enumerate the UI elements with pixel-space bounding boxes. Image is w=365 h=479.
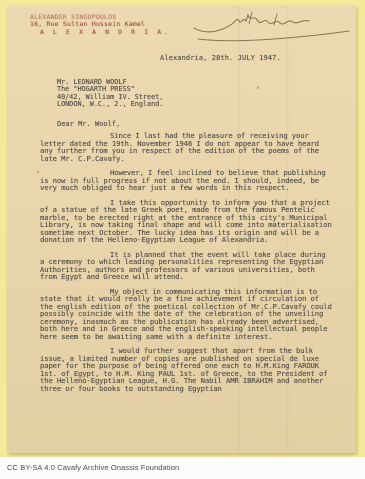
letter-paragraph: I take this opportunity to inform you th… xyxy=(40,199,332,244)
letter-body: Since I last had the pleasure of receivi… xyxy=(40,132,332,399)
license-caption-bar: CC BY-SA 4.0 Cavafy Archive Onassis Foun… xyxy=(0,457,365,479)
letter-paper: ALEXANDER SINGOPOULOS 16, Rue Sultan Hus… xyxy=(7,5,356,453)
paper-speck xyxy=(257,86,259,89)
letterhead: ALEXANDER SINGOPOULOS 16, Rue Sultan Hus… xyxy=(30,14,170,36)
paper-speck xyxy=(37,171,39,173)
license-caption: CC BY-SA 4.0 Cavafy Archive Onassis Foun… xyxy=(7,463,179,472)
letter-paragraph: However, I feel inclined to believe that… xyxy=(40,169,332,192)
letter-paragraph: I would further suggest that apart from … xyxy=(40,347,332,392)
letter-paragraph: It is planned that the event will take p… xyxy=(40,251,332,281)
letterhead-name: ALEXANDER SINGOPOULOS xyxy=(30,14,170,21)
recipient-line: LONDON, W.C., 2., England. xyxy=(57,101,163,108)
letterhead-city: A L E X A N D R I A. xyxy=(30,29,170,36)
recipient-address: Mr. LEONARD WOOLF The "HOGARTH PRESS" 40… xyxy=(57,79,163,108)
scanned-letter-page: ALEXANDER SINGOPOULOS 16, Rue Sultan Hus… xyxy=(0,0,365,479)
salutation: Dear Mr. Woolf, xyxy=(57,120,120,128)
handwritten-greek-note-icon xyxy=(192,8,352,46)
letter-paragraph: My object in communicating this informat… xyxy=(40,288,332,341)
date-line: Alexandria, 28th. JULY 1947. xyxy=(160,54,281,62)
letter-paragraph: Since I last had the pleasure of receivi… xyxy=(40,132,332,162)
